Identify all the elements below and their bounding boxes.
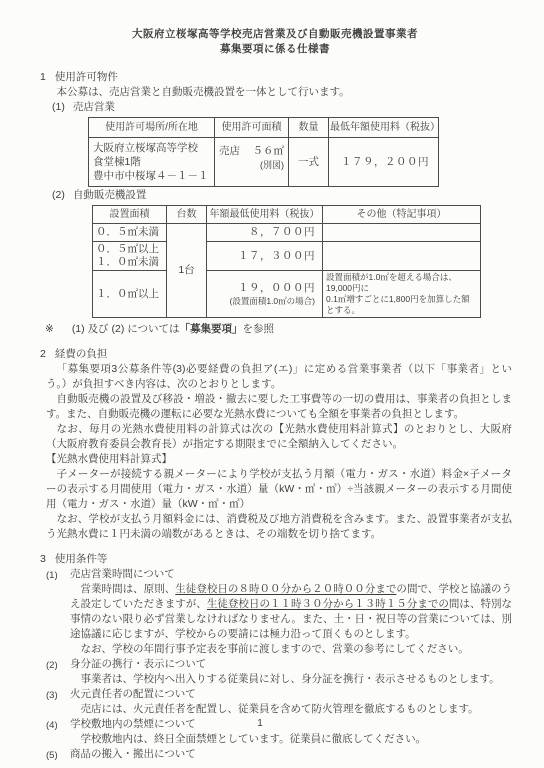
subsection-1-2-title: 自動販売機設置	[73, 188, 147, 203]
item-2-title: 身分証の携行・表示について	[70, 657, 512, 672]
section-2: 2 経費の負担 「募集要項3公募条件等(3)必要経費の負担ア(エ)」に定める営業…	[38, 347, 512, 542]
area-range-line-2: １．０㎡未満	[96, 256, 163, 269]
col-fee: 最低年額使用料（税抜）	[329, 118, 439, 138]
location-line-2: 食堂棟1階	[93, 155, 210, 169]
section-2-paragraph-4: なお、学校が支払う月額料金には、消費税及び地方消費税を含みます。また、設置事業者…	[46, 512, 512, 542]
area-label: 売店	[219, 144, 240, 159]
fee-value: １９，０００円	[238, 282, 315, 294]
section-3-number: 3	[40, 552, 46, 567]
item-2-body: 事業者は、学校内へ出入りする従業員に対し、身分証を携行・表示させるものとします。	[70, 672, 512, 687]
store-business-table: 使用許可場所/所在地 使用許可面積 数量 最低年額使用料（税抜） 大阪府立桜塚高…	[88, 117, 439, 187]
fee-cell: １９，０００円 (設置面積1.0㎡の場合)	[207, 271, 323, 318]
note-post: を参照	[243, 323, 275, 335]
col-qty: 数量	[289, 118, 329, 138]
item-1-paragraph-1: 営業時間は、原則、生徒登校日の８時００分から２０時００分までの間で、学校と協議の…	[70, 582, 512, 642]
other-cell: 設置面積が1.0㎡を超える場合は、19,000円に 0.1㎡増すごとに1,800…	[323, 271, 481, 318]
location-line-1: 大阪府立桜塚高等学校	[93, 141, 210, 155]
vending-machine-table: 設置面積 台数 年額最低使用料（税抜） その他（特記事項） ０．５㎡未満 1台 …	[92, 205, 481, 318]
location-line-3: 豊中市中桜塚４－１－１	[93, 169, 210, 183]
subsection-1-1-number: (1)	[52, 100, 65, 115]
col-install-area: 設置面積	[93, 206, 167, 224]
fee-note: (設置面積1.0㎡の場合)	[208, 296, 315, 307]
condition-item-2: (2) 身分証の携行・表示について 事業者は、学校内へ出入りする従業員に対し、身…	[46, 657, 512, 687]
other-note-line-2: 0.1㎡増すごとに1,800円を加算した額とする。	[326, 294, 477, 316]
item-1-underlined-2: 生徒登校日の１１時３０分から１３時１５分までの	[207, 598, 449, 610]
section-2-paragraph-3: なお、毎月の光熱水費使用料の計算式は次の【光熱水費使用料計算式】のとおりとし、大…	[46, 422, 512, 452]
fee-cell: ８，７００円	[207, 224, 323, 242]
reference-note: ※ (1) 及び (2) については「募集要項」を参照	[45, 322, 512, 337]
subsection-1-2-heading: (2) 自動販売機設置	[52, 188, 512, 203]
section-2-paragraph-1: 「募集要項3公募条件等(3)必要経費の負担ア(エ)」に定める営業事業者（以下「事…	[46, 362, 512, 392]
col-unit-count: 台数	[167, 206, 207, 224]
item-5-label: (5)	[46, 747, 70, 763]
item-3-body: 売店には、火元責任者を配置し、従業員を含めて防火管理を徹底するものとします。	[70, 702, 512, 717]
subsection-1-2-number: (2)	[52, 188, 65, 203]
other-cell	[323, 242, 481, 271]
item-1-title: 売店営業時間について	[70, 567, 512, 582]
section-2-number: 2	[40, 347, 46, 362]
area-range-cell: ０．５㎡以上 １．０㎡未満	[93, 242, 167, 271]
section-3-heading: 3 使用条件等	[40, 552, 512, 567]
document-title: 大阪府立桜塚高等学校売店営業及び自動販売機設置事業者 募集要項に係る仕様書	[38, 27, 512, 57]
note-pre: (1) 及び (2) については	[72, 323, 180, 335]
area-range-line-1: ０．５㎡以上	[96, 243, 163, 256]
area-cell: 売店 ５６㎡ (別図)	[215, 138, 289, 187]
formula-text: 子メーターが接続する親メーターにより学校が支払う月額（電力・ガス・水道）料金×子…	[46, 467, 512, 512]
section-1-number: 1	[40, 70, 46, 85]
item-3-label: (3)	[46, 687, 70, 703]
item-3-title: 火元責任者の配置について	[70, 687, 512, 702]
table-header-row: 使用許可場所/所在地 使用許可面積 数量 最低年額使用料（税抜）	[89, 118, 439, 138]
section-1-heading: 1 使用許可物件	[40, 70, 512, 85]
subsection-1-1-heading: (1) 売店営業	[52, 100, 512, 115]
area-value: ５６㎡	[253, 144, 285, 159]
note-bold: 「募集要項」	[180, 323, 243, 335]
table-row: １．０㎡以上 １９，０００円 (設置面積1.0㎡の場合) 設置面積が1.0㎡を超…	[93, 271, 481, 318]
section-1-intro: 本公募は、売店営業と自動販売機設置を一体として行います。	[46, 85, 512, 100]
condition-item-5: (5) 商品の搬入・搬出について	[46, 747, 512, 763]
condition-item-3: (3) 火元責任者の配置について 売店には、火元責任者を配置し、従業員を含めて防…	[46, 687, 512, 717]
col-location: 使用許可場所/所在地	[89, 118, 215, 138]
fee-cell: １７９，２００円	[329, 138, 439, 187]
formula-title: 【光熱水費使用料計算式】	[46, 452, 512, 467]
section-1: 1 使用許可物件 本公募は、売店営業と自動販売機設置を一体として行います。 (1…	[38, 70, 512, 337]
other-cell	[323, 224, 481, 242]
item-1-paragraph-2: なお、学校の年間行事予定表を事前に渡しますので、営業の参考にしてください。	[70, 642, 512, 657]
table-row: ０．５㎡以上 １．０㎡未満 １７，３００円	[93, 242, 481, 271]
item-2-label: (2)	[46, 657, 70, 673]
reference-note-text: (1) 及び (2) については「募集要項」を参照	[72, 322, 274, 337]
other-note-line-1: 設置面積が1.0㎡を超える場合は、19,000円に	[326, 272, 477, 294]
area-range-cell: １．０㎡以上	[93, 271, 167, 318]
item-5-title: 商品の搬入・搬出について	[70, 747, 512, 762]
area-range-cell: ０．５㎡未満	[93, 224, 167, 242]
section-3-title: 使用条件等	[55, 552, 108, 567]
document-page: 大阪府立桜塚高等学校売店営業及び自動販売機設置事業者 募集要項に係る仕様書 1 …	[0, 0, 544, 768]
area-note: (別図)	[219, 159, 284, 171]
quantity-cell: 一式	[289, 138, 329, 187]
title-line-2: 募集要項に係る仕様書	[38, 42, 512, 57]
item-1-text: 営業時間は、原則、	[81, 583, 176, 595]
col-other-notes: その他（特記事項）	[323, 206, 481, 224]
item-1-label: (1)	[46, 567, 70, 583]
table-row: ０．５㎡未満 1台 ８，７００円	[93, 224, 481, 242]
condition-item-1: (1) 売店営業時間について 営業時間は、原則、生徒登校日の８時００分から２０時…	[46, 567, 512, 657]
item-1-underlined-1: 生徒登校日の８時００分から２０時００分まで	[175, 583, 396, 595]
title-line-1: 大阪府立桜塚高等学校売店営業及び自動販売機設置事業者	[38, 27, 512, 42]
unit-count-cell: 1台	[167, 224, 207, 318]
section-2-title: 経費の負担	[55, 347, 108, 362]
table-row: 大阪府立桜塚高等学校 食堂棟1階 豊中市中桜塚４－１－１ 売店 ５６㎡ (別図)…	[89, 138, 439, 187]
col-area: 使用許可面積	[215, 118, 289, 138]
section-1-title: 使用許可物件	[55, 70, 118, 85]
asterisk-mark: ※	[45, 322, 54, 337]
table-header-row: 設置面積 台数 年額最低使用料（税抜） その他（特記事項）	[93, 206, 481, 224]
fee-cell: １７，３００円	[207, 242, 323, 271]
subsection-1-1-title: 売店営業	[73, 100, 115, 115]
page-number: 1	[0, 716, 532, 731]
item-4-body: 学校敷地内は、終日全面禁煙としています。従業員に徹底してください。	[70, 732, 512, 747]
location-cell: 大阪府立桜塚高等学校 食堂棟1階 豊中市中桜塚４－１－１	[89, 138, 215, 187]
section-2-heading: 2 経費の負担	[40, 347, 512, 362]
section-2-paragraph-2: 自動販売機の設置及び移設・増設・撤去に要した工事費等の一切の費用は、事業者の負担…	[46, 392, 512, 422]
col-annual-fee: 年額最低使用料（税抜）	[207, 206, 323, 224]
